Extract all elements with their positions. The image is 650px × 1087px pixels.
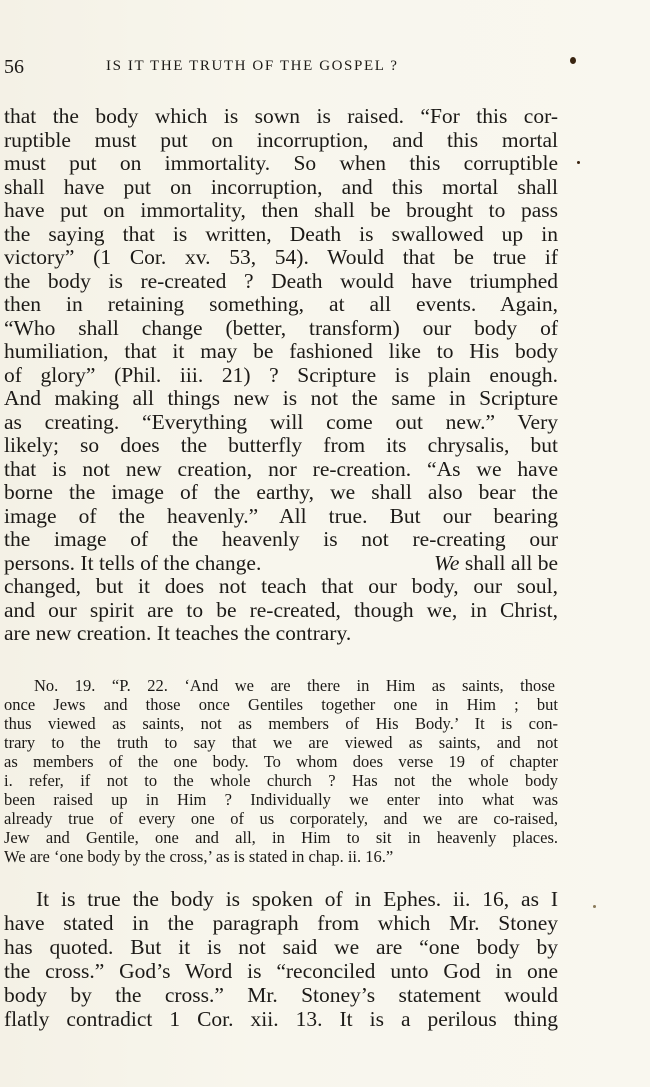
text-line: once Jews and those once Gentiles togeth… <box>4 695 558 715</box>
text-line: of glory” (Phil. iii. 21) ? Scripture is… <box>4 363 558 388</box>
book-page: ​ 56 IS IT THE TRUTH OF THE GOSPEL ? tha… <box>0 0 650 1087</box>
ink-spot <box>593 905 596 908</box>
text-line: likely; so does the butterfly from its c… <box>4 433 558 458</box>
text-line: the body is re-created ? Death would hav… <box>4 269 558 294</box>
text-line: have stated in the paragraph from which … <box>4 911 558 936</box>
page-header: 56 IS IT THE TRUTH OF THE GOSPEL ? <box>4 56 564 80</box>
text-line: that is not new creation, nor re-creatio… <box>4 457 558 482</box>
text-line: the cross.” God’s Word is “reconciled un… <box>4 959 558 984</box>
text-line: thus viewed as saints, not as members of… <box>4 714 558 734</box>
text-line: as creating. “Everything will come out n… <box>4 410 558 435</box>
ink-spot <box>577 161 580 164</box>
text-line: “Who shall change (better, transform) ou… <box>4 316 558 341</box>
text-line: as members of the one body. To whom does… <box>4 752 558 772</box>
running-head: IS IT THE TRUTH OF THE GOSPEL ? <box>106 58 399 75</box>
page-number: 56 <box>4 56 24 79</box>
text-line: then in retaining something, at all even… <box>4 292 558 317</box>
text-line: i. refer, if not to the whole church ? H… <box>4 771 558 791</box>
text-line: that the body which is sown is raised. “… <box>4 104 558 129</box>
text-line: persons. It tells of the change. We shal… <box>4 551 558 576</box>
text-line: and our spirit are to be re-created, tho… <box>4 598 558 623</box>
text-line: has quoted. But it is not said we are “o… <box>4 935 558 960</box>
text-line: the image of the heavenly is not re-crea… <box>4 527 558 552</box>
text-line: And making all things new is not the sam… <box>4 386 558 411</box>
text-line: body by the cross.” Mr. Stoney’s stateme… <box>4 983 558 1008</box>
ink-spot <box>570 57 576 64</box>
emphasis: We <box>434 551 459 575</box>
text-line: borne the image of the earthy, we shall … <box>4 480 558 505</box>
text-line: It is true the body is spoken of in Ephe… <box>36 887 558 912</box>
text-line: ruptible must put on incorruption, and t… <box>4 128 558 153</box>
text-line: flatly contradict 1 Cor. xii. 13. It is … <box>4 1007 558 1032</box>
text-line: victory” (1 Cor. xv. 53, 54). Would that… <box>4 245 558 270</box>
text-line: image of the heavenly.” All true. But ou… <box>4 504 558 529</box>
text-line: Jew and Gentile, one and all, in Him to … <box>4 828 558 848</box>
text-line: changed, but it does not teach that our … <box>4 574 558 599</box>
text-segment: shall all be <box>459 551 558 575</box>
text-line: already true of every one of us corporat… <box>4 809 558 829</box>
text-line: trary to the truth to say that we are vi… <box>4 733 558 753</box>
text-line: been raised up in Him ? Individually we … <box>4 790 558 810</box>
text-line: the saying that is written, Death is swa… <box>4 222 558 247</box>
text-line: must put on immortality. So when this co… <box>4 151 558 176</box>
text-line: are new creation. It teaches the contrar… <box>4 621 558 646</box>
text-line: We are ‘one body by the cross,’ as is st… <box>4 847 558 867</box>
text-segment: persons. It tells of the change. <box>4 551 261 576</box>
text-line: shall have put on incorruption, and this… <box>4 175 558 200</box>
text-line: have put on immortality, then shall be b… <box>4 198 558 223</box>
text-line: No. 19. “P. 22. ‘And we are there in Him… <box>34 676 555 696</box>
text-line: humiliation, that it may be fashioned li… <box>4 339 558 364</box>
text-segment: We shall all be <box>434 551 558 576</box>
